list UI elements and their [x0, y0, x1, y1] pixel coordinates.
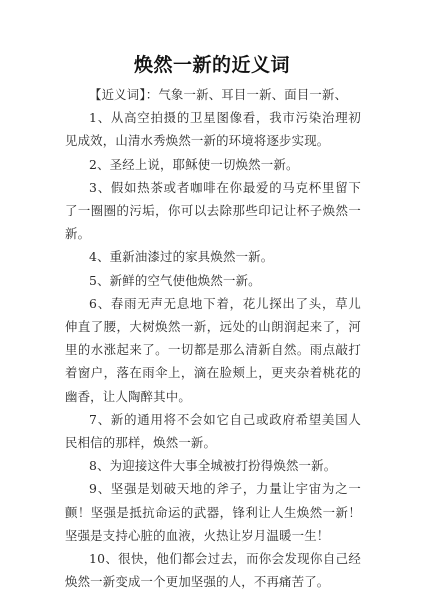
document-title: 焕然一新的近义词: [0, 50, 424, 77]
example-sentence-10: 10、很快，他们都会过去，而你会发现你自己经焕然一新变成一个更加坚强的人，不再痛…: [65, 547, 361, 593]
example-sentence-3: 3、假如热茶或者咖啡在你最爱的马克杯里留下了一圈圈的污垢，你可以去除那些印记让杯…: [65, 176, 361, 246]
document-body: 【近义词】：气象一新、耳目一新、面目一新、 1、从高空拍摄的卫星图像看，我市污染…: [65, 83, 361, 593]
synonyms-line: 【近义词】：气象一新、耳目一新、面目一新、: [65, 83, 361, 106]
example-sentence-8: 8、为迎接这件大事全城被打扮得焕然一新。: [65, 454, 361, 477]
example-sentence-2: 2、圣经上说，耶稣使一切焕然一新。: [65, 153, 361, 176]
example-sentence-1: 1、从高空拍摄的卫星图像看，我市污染治理初见成效，山清水秀焕然一新的环境将逐步实…: [65, 106, 361, 152]
example-sentence-9: 9、坚强是划破天地的斧子，力量让宇宙为之一颤！坚强是抵抗命运的武器，锋利让人生焕…: [65, 477, 361, 547]
example-sentence-5: 5、新鲜的空气使他焕然一新。: [65, 269, 361, 292]
example-sentence-4: 4、重新油漆过的家具焕然一新。: [65, 245, 361, 268]
example-sentence-6: 6、春雨无声无息地下着，花儿探出了头，草儿伸直了腰，大树焕然一新，远处的山朗润起…: [65, 292, 361, 408]
example-sentence-7: 7、新的通用将不会如它自己或政府希望美国人民相信的那样，焕然一新。: [65, 408, 361, 454]
